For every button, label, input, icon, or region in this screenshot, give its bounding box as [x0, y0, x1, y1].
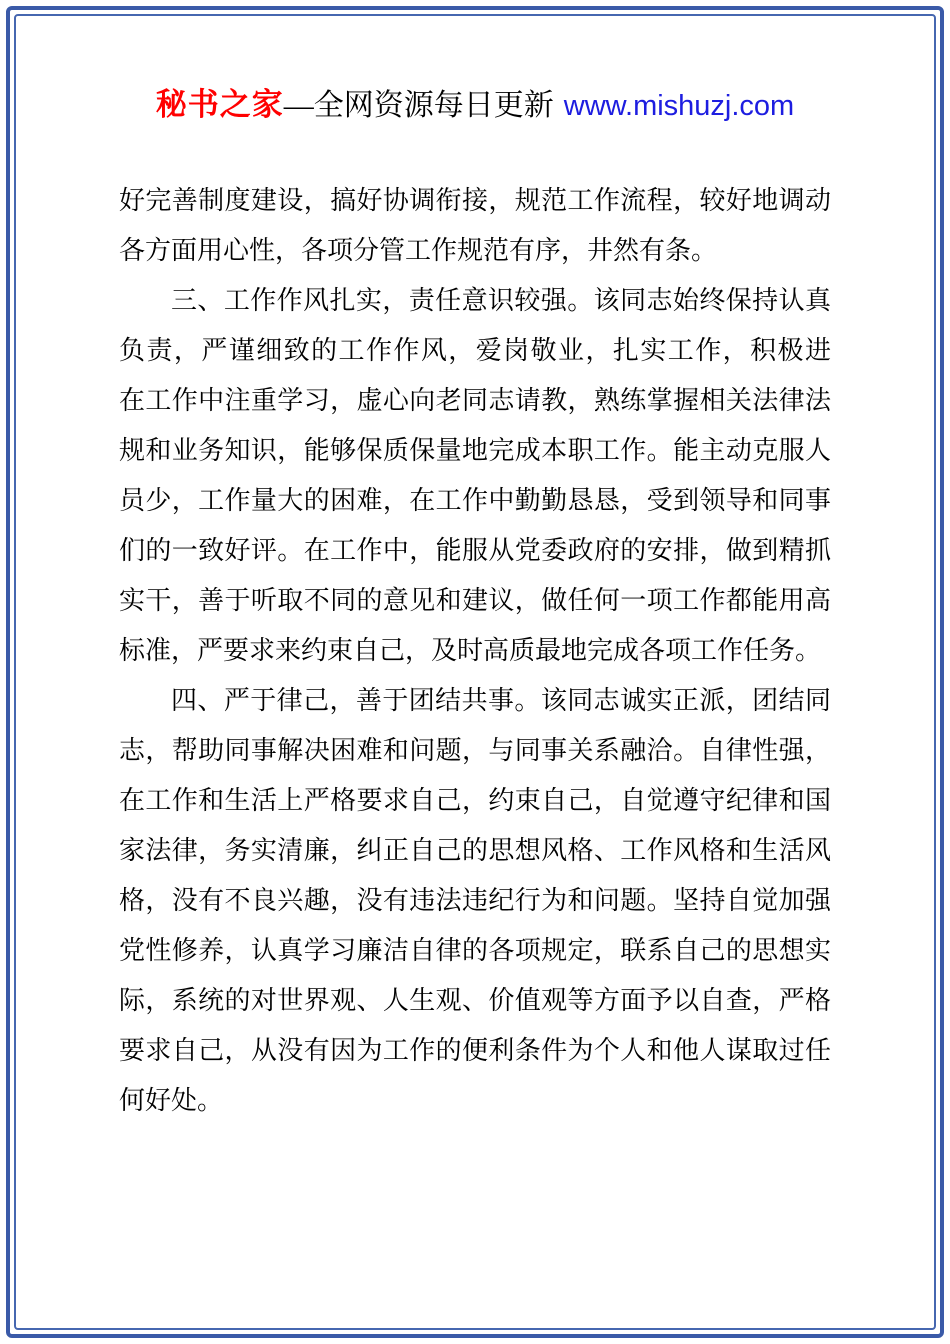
text-line: 际，系统的对世界观、人生观、价值观等方面予以自查，严格 [119, 976, 831, 1026]
document-body: 好完善制度建设，搞好协调衔接，规范工作流程，较好地调动各方面用心性，各项分管工作… [119, 176, 831, 1126]
text-line: 标准，严要求来约束自己，及时高质最地完成各项工作任务。 [119, 626, 831, 676]
text-line: 各方面用心性，各项分管工作规范有序，井然有条。 [119, 226, 831, 276]
site-tagline: —全网资源每日更新 [284, 89, 554, 122]
site-url-link[interactable]: www.mishuzj.com [564, 90, 794, 122]
text-line: 三、工作作风扎实，责任意识较强。该同志始终保持认真 [119, 276, 831, 326]
site-header: 秘书之家—全网资源每日更新www.mishuzj.com [0, 85, 950, 126]
text-line: 员少，工作量大的困难，在工作中勤勤恳恳，受到领导和同事 [119, 476, 831, 526]
text-line: 党性修养，认真学习廉洁自律的各项规定，联系自己的思想实 [119, 926, 831, 976]
site-brand: 秘书之家 [156, 87, 284, 122]
text-line: 在工作中注重学习，虚心向老同志请教，熟练掌握相关法律法 [119, 376, 831, 426]
text-line: 在工作和生活上严格要求自己，约束自己，自觉遵守纪律和国 [119, 776, 831, 826]
text-line: 规和业务知识，能够保质保量地完成本职工作。能主动克服人 [119, 426, 831, 476]
text-line: 家法律，务实清廉，纠正自己的思想风格、工作风格和生活风 [119, 826, 831, 876]
text-line: 志，帮助同事解决困难和问题，与同事关系融洽。自律性强， [119, 726, 831, 776]
text-line: 好完善制度建设，搞好协调衔接，规范工作流程，较好地调动 [119, 176, 831, 226]
text-line: 们的一致好评。在工作中，能服从党委政府的安排，做到精抓 [119, 526, 831, 576]
text-line: 实干，善于听取不同的意见和建议，做任何一项工作都能用高 [119, 576, 831, 626]
text-line: 何好处。 [119, 1076, 831, 1126]
text-line: 负责，严谨细致的工作作风，爱岗敬业，扎实工作，积极进取， [119, 326, 831, 376]
text-line: 格，没有不良兴趣，没有违法违纪行为和问题。坚持自觉加强 [119, 876, 831, 926]
text-line: 要求自己，从没有因为工作的便利条件为个人和他人谋取过任 [119, 1026, 831, 1076]
text-line: 四、严于律己，善于团结共事。该同志诚实正派，团结同 [119, 676, 831, 726]
